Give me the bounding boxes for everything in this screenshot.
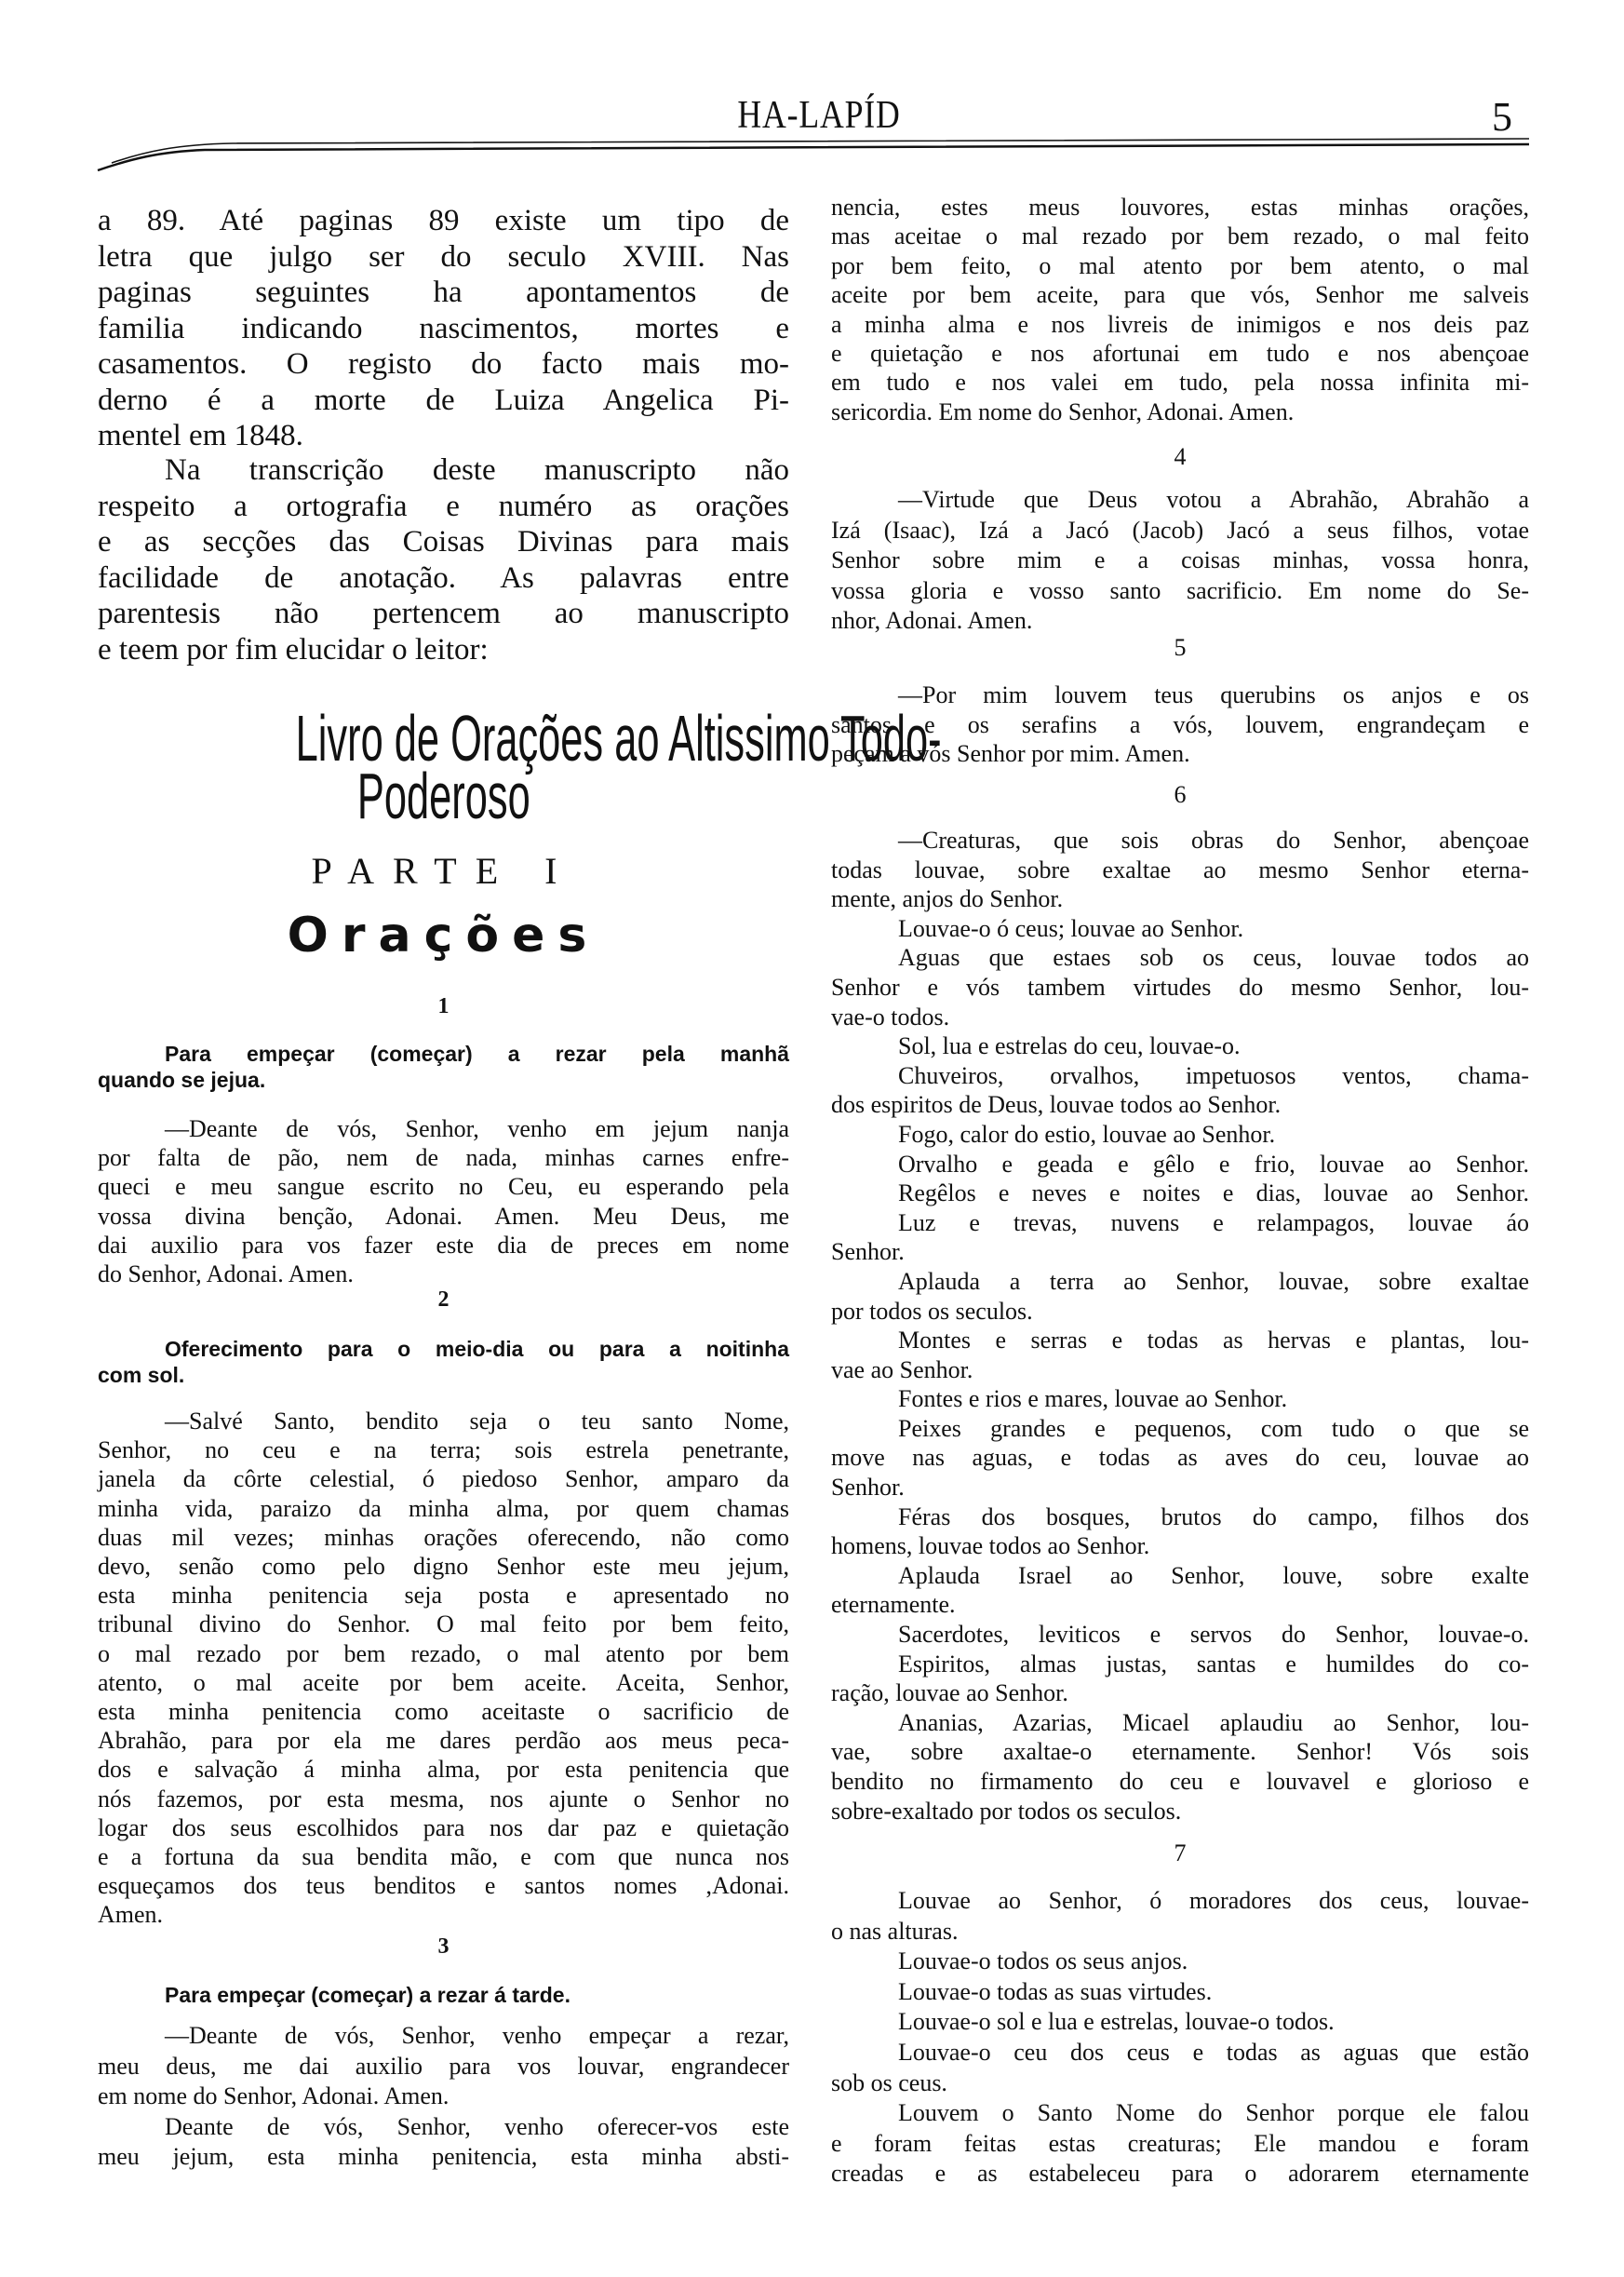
header-rule (93, 135, 1531, 177)
text-line: Aplauda Israel ao Senhor, louve, sobre e… (831, 1561, 1529, 1591)
text-line: familia indicando nascimentos, mortes e (98, 311, 789, 347)
text-line: minha vida, paraizo da minha alma, por q… (98, 1494, 789, 1523)
text-line: Louvae-o sol e lua e estrelas, louvae-o … (831, 2007, 1529, 2038)
text-line: parentesis não pertencem ao manuscripto (98, 596, 789, 632)
prayer-number: 1 (98, 994, 789, 1019)
text-line: —Deante de vós, Senhor, venho em jejum n… (98, 1114, 789, 1143)
text-line: aceite por bem aceite, para que vós, Sen… (831, 280, 1529, 309)
text-line: Fogo, calor do estio, louvae ao Senhor. (831, 1120, 1529, 1150)
prayer-body: —Virtude que Deus votou a Abrahão, Abrah… (831, 485, 1529, 637)
text-line: a minha alma e nos livreis de inimigos e… (831, 310, 1529, 339)
text-line: Senhor sobre mim e a coisas minhas, voss… (831, 546, 1529, 576)
text-line: em nome do Senhor, Adonai. Amen. (98, 2082, 789, 2112)
text-line: Louvae ao Senhor, ó moradores dos ceus, … (831, 1886, 1529, 1917)
book-title: Livro de Orações ao Altissimo Todo- Pode… (98, 709, 789, 825)
text-line: Senhor, no ceu e na terra; sois estrela … (98, 1435, 789, 1464)
text-line: Senhor e vós tambem virtudes do mesmo Se… (831, 973, 1529, 1003)
text-line: Espiritos, almas justas, santas e humild… (831, 1650, 1529, 1679)
text-line: Louvae-o todos os seus anjos. (831, 1947, 1529, 1977)
text-line: Izá (Isaac), Izá a Jacó (Jacob) Jacó a s… (831, 516, 1529, 546)
text-line: —Deante de vós, Senhor, venho empeçar a … (98, 2021, 789, 2052)
text-line: casamentos. O registo do facto mais mo- (98, 346, 789, 383)
heading-line: Para empeçar (começar) a rezar á tarde. (98, 1982, 789, 2008)
text-line: respeito a ortografia e numéro as oraçõe… (98, 489, 789, 525)
prayer-number: 7 (831, 1839, 1529, 1867)
text-line: —Por mim louvem teus querubins os anjos … (831, 680, 1529, 710)
text-line: letra que julgo ser do seculo XVIII. Nas (98, 239, 789, 276)
text-line: derno é a morte de Luiza Angelica Pi- (98, 383, 789, 419)
text-line: —Virtude que Deus votou a Abrahão, Abrah… (831, 485, 1529, 516)
text-line: Louvae-o todas as suas virtudes. (831, 1977, 1529, 2008)
text-line: atento, o mal aceite por bem aceite. Ace… (98, 1668, 789, 1697)
prayer-body: —Deante de vós, Senhor, venho em jejum n… (98, 1114, 789, 1288)
prayer-body: —Salvé Santo, bendito seja o teu santo N… (98, 1407, 789, 1930)
text-line: Orvalho e geada e gêlo e frio, louvae ao… (831, 1150, 1529, 1179)
text-line: Amen. (98, 1900, 789, 1929)
text-line: meu deus, me dai auxilio para vos louvar… (98, 2052, 789, 2082)
prayer-body: —Creaturas, que sois obras do Senhor, ab… (831, 826, 1529, 1826)
text-line: Na transcrição deste manuscripto não (98, 452, 789, 489)
text-line: janela da côrte celestial, ó piedoso Sen… (98, 1464, 789, 1493)
heading-line: quando se jejua. (98, 1067, 789, 1093)
running-title: HA-LAPÍD (677, 93, 961, 138)
text-line: e foram feitas estas creaturas; Ele mand… (831, 2129, 1529, 2160)
text-line: por bem feito, o mal atento por bem aten… (831, 251, 1529, 280)
text-line: facilidade de anotação. As palavras entr… (98, 560, 789, 597)
part-heading: PARTE I (98, 849, 789, 893)
prayer-number: 2 (98, 1287, 789, 1313)
text-line: Sol, lua e estrelas do ceu, louvae-o. (831, 1031, 1529, 1061)
text-line: o nas alturas. (831, 1917, 1529, 1947)
text-line: Regêlos e neves e noites e dias, louvae … (831, 1179, 1529, 1208)
text-line: queci e meu sangue escrito no Ceu, eu es… (98, 1172, 789, 1201)
text-line: Senhor. (831, 1473, 1529, 1502)
text-line: Aguas que estaes sob os ceus, louvae tod… (831, 943, 1529, 973)
prayer-heading: Para empeçar (começar) a rezar pela manh… (98, 1041, 789, 1093)
text-line: Senhor. (831, 1237, 1529, 1267)
text-line: dos espiritos de Deus, louvae todos ao S… (831, 1090, 1529, 1120)
text-line: e quietação e nos afortunai em tudo e no… (831, 339, 1529, 368)
heading-line: com sol. (98, 1362, 789, 1388)
text-line: nós fazemos, por esta mesma, nos ajunte … (98, 1785, 789, 1813)
text-line: vae, sobre axaltae-o eternamente. Senhor… (831, 1737, 1529, 1767)
text-line: ração, louvae ao Senhor. (831, 1678, 1529, 1708)
text-line: e teem por fim elucidar o leitor: (98, 632, 789, 668)
text-line: Ananias, Azarias, Micael aplaudiu ao Sen… (831, 1708, 1529, 1738)
text-line: Luz e trevas, nuvens e relampagos, louva… (831, 1208, 1529, 1238)
text-line: bendito no firmamento do ceu e louvavel … (831, 1767, 1529, 1797)
prayer-number: 5 (831, 634, 1529, 662)
text-line: vae-o todos. (831, 1003, 1529, 1032)
text-line: eternamente. (831, 1590, 1529, 1620)
text-line: sobre-exaltado por todos os seculos. (831, 1797, 1529, 1826)
text-line: Féras dos bosques, brutos do campo, filh… (831, 1502, 1529, 1532)
text-line: Louvem o Santo Nome do Senhor porque ele… (831, 2098, 1529, 2129)
text-line: dos e salvação á minha alma, por esta pe… (98, 1755, 789, 1784)
text-line: duas mil vezes; minhas orações oferecend… (98, 1523, 789, 1552)
text-line: paginas seguintes ha apontamentos de (98, 275, 789, 311)
prayer-number: 3 (98, 1934, 789, 1960)
text-line: —Creaturas, que sois obras do Senhor, ab… (831, 826, 1529, 856)
text-line: santos e os serafins a vós, louvem, engr… (831, 710, 1529, 740)
prayer-number: 4 (831, 443, 1529, 471)
text-line: mas aceitae o mal rezado por bem rezado,… (831, 222, 1529, 250)
intro-paragraph-1: a 89. Até paginas 89 existe um tipo de l… (98, 203, 789, 454)
text-line: do Senhor, Adonai. Amen. (98, 1260, 789, 1288)
text-line: meu jejum, esta minha penitencia, esta m… (98, 2142, 789, 2173)
text-line: sericordia. Em nome do Senhor, Adonai. A… (831, 397, 1529, 426)
continuation-paragraph: nencia, estes meus louvores, estas minha… (831, 193, 1529, 426)
intro-paragraph-2: Na transcrição deste manuscripto não res… (98, 452, 789, 667)
text-line: e as secções das Coisas Divinas para mai… (98, 524, 789, 560)
text-line: move nas aguas, e todas as aves do ceu, … (831, 1443, 1529, 1473)
text-line: logar dos seus escolhidos para nos dar p… (98, 1813, 789, 1842)
text-line: Chuveiros, orvalhos, impetuosos ventos, … (831, 1061, 1529, 1091)
text-line: peçam a vós Senhor por mim. Amen. (831, 739, 1529, 769)
text-line: Peixes grandes e pequenos, com tudo o qu… (831, 1414, 1529, 1444)
text-line: Aplauda a terra ao Senhor, louvae, sobre… (831, 1267, 1529, 1297)
text-line: esta minha penitencia seja posta e apres… (98, 1581, 789, 1610)
prayer-body: —Deante de vós, Senhor, venho empeçar a … (98, 2021, 789, 2173)
text-line: sob os ceus. (831, 2068, 1529, 2099)
prayer-number: 6 (831, 781, 1529, 809)
text-line: esqueçamos dos teus benditos e santos no… (98, 1871, 789, 1900)
prayer-heading: Oferecimento para o meio-dia ou para a n… (98, 1336, 789, 1388)
text-line: Louvae-o ó ceus; louvae ao Senhor. (831, 914, 1529, 944)
text-line: Montes e serras e todas as hervas e plan… (831, 1326, 1529, 1355)
heading-line: Para empeçar (começar) a rezar pela manh… (98, 1041, 789, 1067)
text-line: Abrahão, para por ela me dares perdão ao… (98, 1726, 789, 1755)
text-line: mentel em 1848. (98, 418, 789, 454)
text-line: Sacerdotes, leviticos e servos do Senhor… (831, 1620, 1529, 1650)
text-line: tribunal divino do Senhor. O mal feito p… (98, 1610, 789, 1638)
prayer-body: Louvae ao Senhor, ó moradores dos ceus, … (831, 1886, 1529, 2189)
text-line: Fontes e rios e mares, louvae ao Senhor. (831, 1384, 1529, 1414)
text-line: Louvae-o ceu dos ceus e todas as aguas q… (831, 2038, 1529, 2068)
text-line: nencia, estes meus louvores, estas minha… (831, 193, 1529, 222)
text-line: mente, anjos do Senhor. (831, 884, 1529, 914)
text-line: vae ao Senhor. (831, 1355, 1529, 1385)
text-line: creadas e as estabeleceu para o adorarem… (831, 2159, 1529, 2189)
page-number: 5 (1456, 93, 1512, 141)
text-line: dai auxilio para vos fazer este dia de p… (98, 1231, 789, 1260)
book-title-line: Poderoso (357, 767, 530, 825)
text-line: todas louvae, sobre exaltae ao mesmo Sen… (831, 856, 1529, 885)
text-line: Deante de vós, Senhor, venho oferecer-vo… (98, 2112, 789, 2143)
text-line: vossa gloria e vosso santo sacrificio. E… (831, 576, 1529, 607)
text-line: vossa divina benção, Adonai. Amen. Meu D… (98, 1202, 789, 1231)
text-line: por falta de pão, nem de nada, minhas ca… (98, 1143, 789, 1172)
text-line: por todos os seculos. (831, 1297, 1529, 1327)
heading-line: Oferecimento para o meio-dia ou para a n… (98, 1336, 789, 1362)
text-line: esta minha penitencia como aceitaste o s… (98, 1697, 789, 1726)
text-line: homens, louvae todos ao Senhor. (831, 1531, 1529, 1561)
prayer-body: —Por mim louvem teus querubins os anjos … (831, 680, 1529, 769)
text-line: e a fortuna da sua bendita mão, e com qu… (98, 1842, 789, 1871)
text-line: nhor, Adonai. Amen. (831, 606, 1529, 637)
section-heading: Orações (98, 908, 789, 963)
text-line: o mal rezado por bem rezado, o mal atent… (98, 1639, 789, 1668)
text-line: —Salvé Santo, bendito seja o teu santo N… (98, 1407, 789, 1435)
text-line: devo, senão como pelo digno Senhor este … (98, 1552, 789, 1581)
text-line: a 89. Até paginas 89 existe um tipo de (98, 203, 789, 239)
text-line: em tudo e nos valei em tudo, pela nossa … (831, 368, 1529, 397)
prayer-heading: Para empeçar (começar) a rezar á tarde. (98, 1982, 789, 2008)
